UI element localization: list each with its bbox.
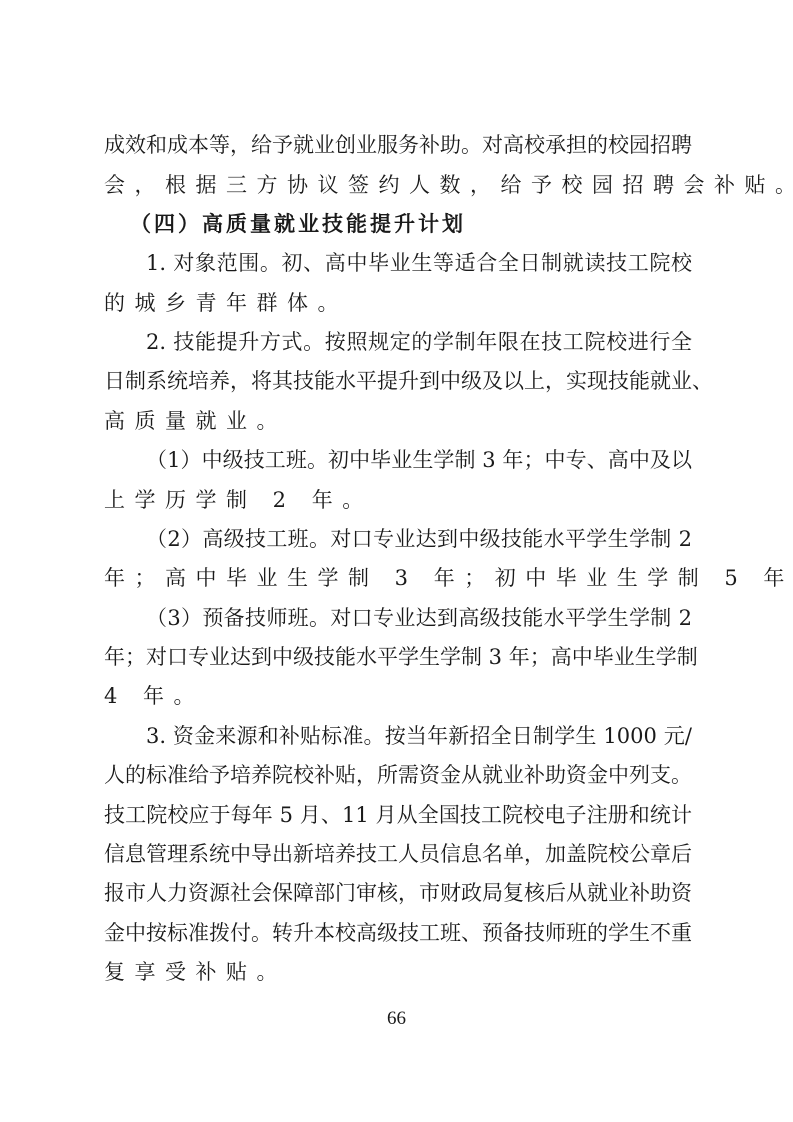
text-line: 4 年。 <box>104 682 692 710</box>
section-heading: （四）高质量就业技能提升计划 <box>130 210 692 238</box>
text-line: 3. 资金来源和补贴标准。按当年新招全日制学生 1000 元/ <box>146 722 692 750</box>
text-line: 年；高中毕业生学制 3 年；初中毕业生学制 5 年。 <box>104 564 692 592</box>
text-line: 会，根据三方协议签约人数，给予校园招聘会补贴。 <box>104 171 692 199</box>
text-line: （2）高级技工班。对口专业达到中级技能水平学生学制 2 <box>146 525 692 553</box>
text-line: 人的标准给予培养院校补贴，所需资金从就业补助资金中列支。 <box>104 761 692 789</box>
text-line: 报市人力资源社会保障部门审核，市财政局复核后从就业补助资 <box>104 879 692 907</box>
text-line: 的城乡青年群体。 <box>104 289 692 317</box>
text-line: 复享受补贴。 <box>104 958 692 986</box>
page-number: 66 <box>0 1008 793 1030</box>
text-line: 日制系统培养，将其技能水平提升到中级及以上，实现技能就业、 <box>104 367 692 395</box>
text-line: 1. 对象范围。初、高中毕业生等适合全日制就读技工院校 <box>146 249 692 277</box>
text-line: 技工院校应于每年 5 月、11 月从全国技工院校电子注册和统计 <box>104 801 692 829</box>
text-line: 上学历学制 2 年。 <box>104 486 692 514</box>
text-line: 成效和成本等，给予就业创业服务补助。对高校承担的校园招聘 <box>104 131 692 159</box>
text-line: （3）预备技师班。对口专业达到高级技能水平学生学制 2 <box>146 604 692 632</box>
text-line: 年；对口专业达到中级技能水平学生学制 3 年；高中毕业生学制 <box>104 643 692 671</box>
document-page: 成效和成本等，给予就业创业服务补助。对高校承担的校园招聘会，根据三方协议签约人数… <box>0 0 793 1122</box>
text-line: 金中按标准拨付。转升本校高级技工班、预备技师班的学生不重 <box>104 919 692 947</box>
text-line: 2. 技能提升方式。按照规定的学制年限在技工院校进行全 <box>146 328 692 356</box>
text-line: 高质量就业。 <box>104 407 692 435</box>
text-line: （1）中级技工班。初中毕业生学制 3 年；中专、高中及以 <box>146 446 692 474</box>
text-line: 信息管理系统中导出新培养技工人员信息名单，加盖院校公章后 <box>104 840 692 868</box>
